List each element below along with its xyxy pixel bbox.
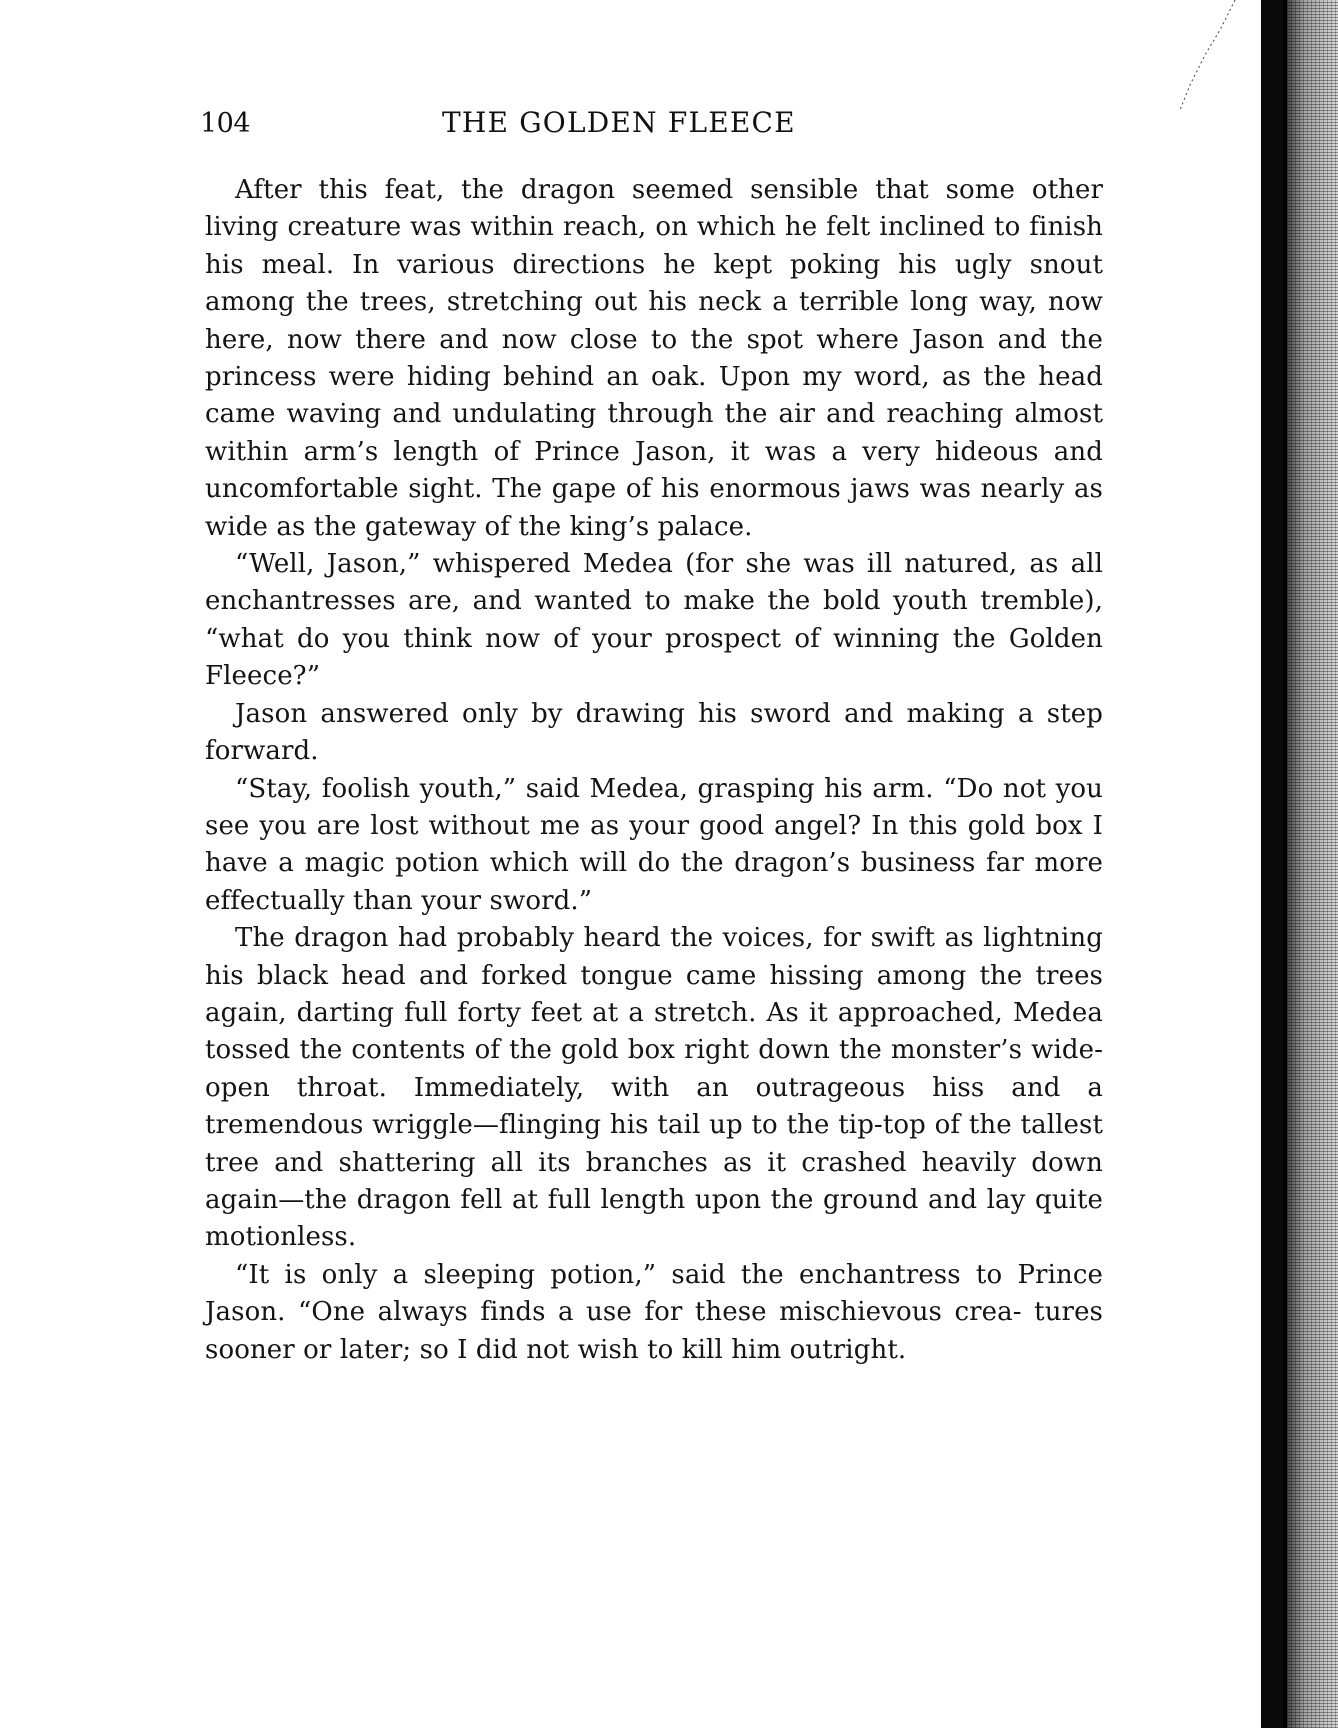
paragraph: “Well, Jason,” whispered Medea (for she … <box>205 546 1103 696</box>
paragraph: Jason answered only by drawing his sword… <box>205 696 1103 771</box>
page-number: 104 <box>200 108 250 139</box>
running-title: THE GOLDEN FLEECE <box>442 106 796 139</box>
paper-crease-mark <box>1150 0 1250 120</box>
paragraph: After this feat, the dragon seemed sensi… <box>205 172 1103 546</box>
gutter-speckle-band <box>1283 0 1338 1728</box>
paragraph: “Stay, foolish youth,” said Medea, grasp… <box>205 771 1103 921</box>
paragraph: “It is only a sleeping potion,” said the… <box>205 1257 1103 1369</box>
paragraph: The dragon had probably heard the voices… <box>205 920 1103 1257</box>
page-header: 104 THE GOLDEN FLEECE <box>200 104 1100 148</box>
body-text: After this feat, the dragon seemed sensi… <box>205 172 1103 1369</box>
book-gutter-shadow <box>1255 0 1338 1728</box>
scanned-book-page: 104 THE GOLDEN FLEECE After this feat, t… <box>0 0 1338 1728</box>
